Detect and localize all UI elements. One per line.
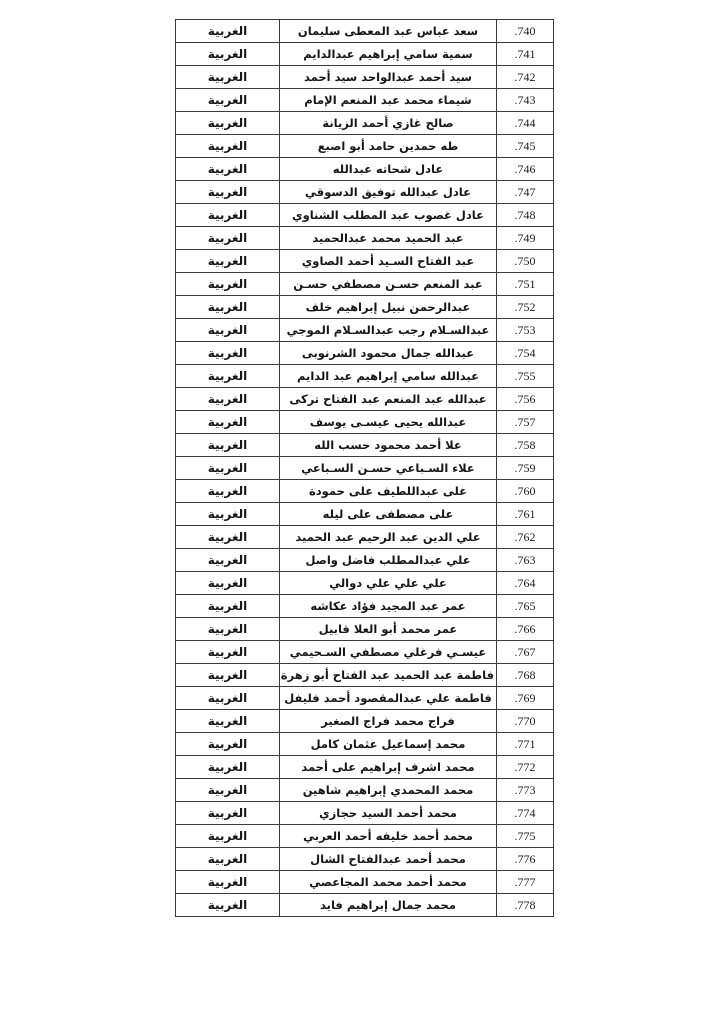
governorate-cell: الغربية <box>176 779 280 802</box>
person-name-cell: محمد إسماعيل عثمان كامل <box>280 733 497 756</box>
person-name-cell: علاء السـباعي حسـن السـباعي <box>280 457 497 480</box>
row-number-cell: 744. <box>497 112 554 135</box>
person-name-cell: محمد أحمد محمد المجاعصي <box>280 871 497 894</box>
person-name-cell: فاطمة عبد الحميد عبد الفتاح أبو زهرة <box>280 664 497 687</box>
person-name-cell: محمد أحمد السيد حجازي <box>280 802 497 825</box>
row-number-cell: 770. <box>497 710 554 733</box>
governorate-cell: الغربية <box>176 342 280 365</box>
governorate-cell: الغربية <box>176 43 280 66</box>
person-name-cell: عمر محمد أبو العلا قابيل <box>280 618 497 641</box>
table-row: 756.عبدالله عبد المنعم عبد الفتاح تركىال… <box>176 388 554 411</box>
governorate-cell: الغربية <box>176 595 280 618</box>
governorate-cell: الغربية <box>176 158 280 181</box>
person-name-cell: محمد أحمد خليفه أحمد العربي <box>280 825 497 848</box>
table-row: 747.عادل عبدالله توفيق الدسوقيالغربية <box>176 181 554 204</box>
person-name-cell: صالح غازي أحمد الزيانة <box>280 112 497 135</box>
row-number-cell: 768. <box>497 664 554 687</box>
governorate-cell: الغربية <box>176 181 280 204</box>
row-number-cell: 766. <box>497 618 554 641</box>
governorate-cell: الغربية <box>176 296 280 319</box>
person-name-cell: عبدالسـلام رجب عبدالسـلام الموجي <box>280 319 497 342</box>
row-number-cell: 763. <box>497 549 554 572</box>
table-row: 766.عمر محمد أبو العلا قابيلالغربية <box>176 618 554 641</box>
row-number-cell: 778. <box>497 894 554 917</box>
row-number-cell: 765. <box>497 595 554 618</box>
person-name-cell: عبد الحميد محمد عبدالحميد <box>280 227 497 250</box>
table-row: 761.على مصطفى على ليلهالغربية <box>176 503 554 526</box>
governorate-cell: الغربية <box>176 365 280 388</box>
row-number-cell: 776. <box>497 848 554 871</box>
person-name-cell: عادل عبدالله توفيق الدسوقي <box>280 181 497 204</box>
governorate-cell: الغربية <box>176 871 280 894</box>
person-name-cell: محمد اشرف إبراهيم على أحمد <box>280 756 497 779</box>
table-row: 744.صالح غازي أحمد الزيانةالغربية <box>176 112 554 135</box>
row-number-cell: 775. <box>497 825 554 848</box>
governorate-cell: الغربية <box>176 434 280 457</box>
governorate-cell: الغربية <box>176 825 280 848</box>
person-name-cell: علي عبدالمطلب فاضل واصل <box>280 549 497 572</box>
row-number-cell: 774. <box>497 802 554 825</box>
table-row: 753.عبدالسـلام رجب عبدالسـلام الموجيالغر… <box>176 319 554 342</box>
row-number-cell: 758. <box>497 434 554 457</box>
document-page: { "document": { "direction": "rtl", "reg… <box>0 0 720 1018</box>
governorate-cell: الغربية <box>176 388 280 411</box>
row-number-cell: 740. <box>497 20 554 43</box>
row-number-cell: 745. <box>497 135 554 158</box>
table-row: 740.سعد عباس عبد المعطى سليمانالغربية <box>176 20 554 43</box>
governorate-cell: الغربية <box>176 89 280 112</box>
table-row: 764.علي علي علي دواليالغربية <box>176 572 554 595</box>
table-row: 746.عادل شحاته عبداللهالغربية <box>176 158 554 181</box>
governorate-cell: الغربية <box>176 618 280 641</box>
table-row: 775.محمد أحمد خليفه أحمد العربيالغربية <box>176 825 554 848</box>
governorate-cell: الغربية <box>176 273 280 296</box>
person-name-cell: علي الدين عبد الرحيم عبد الحميد <box>280 526 497 549</box>
table-row: 767.عيسـي فرغلي مصطفي السـحيميالغربية <box>176 641 554 664</box>
governorate-cell: الغربية <box>176 204 280 227</box>
governorate-cell: الغربية <box>176 572 280 595</box>
row-number-cell: 771. <box>497 733 554 756</box>
person-name-cell: على مصطفى على ليله <box>280 503 497 526</box>
row-number-cell: 749. <box>497 227 554 250</box>
row-number-cell: 746. <box>497 158 554 181</box>
row-number-cell: 753. <box>497 319 554 342</box>
person-name-cell: طه حمدين حامد أبو اصبع <box>280 135 497 158</box>
row-number-cell: 752. <box>497 296 554 319</box>
table-row: 760.على عبداللطيف على حمودةالغربية <box>176 480 554 503</box>
table-row: 763.علي عبدالمطلب فاضل واصلالغربية <box>176 549 554 572</box>
table-row: 777.محمد أحمد محمد المجاعصيالغربية <box>176 871 554 894</box>
person-name-cell: عمر عبد المجيد فؤاد عكاشه <box>280 595 497 618</box>
person-name-cell: عبدالله سامي إبراهيم عبد الدايم <box>280 365 497 388</box>
governorate-cell: الغربية <box>176 549 280 572</box>
governorate-cell: الغربية <box>176 733 280 756</box>
row-number-cell: 756. <box>497 388 554 411</box>
row-number-cell: 742. <box>497 66 554 89</box>
table-row: 751.عبد المنعم حسـن مصطفي حسـنالغربية <box>176 273 554 296</box>
table-row: 778.محمد جمال إبراهيم فايدالغربية <box>176 894 554 917</box>
person-name-cell: عبد المنعم حسـن مصطفي حسـن <box>280 273 497 296</box>
person-name-cell: سمية سامي إبراهيم عبدالدايم <box>280 43 497 66</box>
table-row: 758.علا أحمد محمود حسب اللهالغربية <box>176 434 554 457</box>
row-number-cell: 767. <box>497 641 554 664</box>
person-name-cell: على عبداللطيف على حمودة <box>280 480 497 503</box>
table-row: 741.سمية سامي إبراهيم عبدالدايمالغربية <box>176 43 554 66</box>
governorate-cell: الغربية <box>176 710 280 733</box>
table-row: 771.محمد إسماعيل عثمان كاملالغربية <box>176 733 554 756</box>
row-number-cell: 759. <box>497 457 554 480</box>
governorate-cell: الغربية <box>176 112 280 135</box>
person-name-cell: عبد الفتاح السـيد أحمد الصاوي <box>280 250 497 273</box>
names-table-container: 740.سعد عباس عبد المعطى سليمانالغربية741… <box>175 19 554 917</box>
person-name-cell: فاطمة علي عبدالمقصود أحمد فليفل <box>280 687 497 710</box>
governorate-cell: الغربية <box>176 66 280 89</box>
governorate-cell: الغربية <box>176 687 280 710</box>
row-number-cell: 748. <box>497 204 554 227</box>
governorate-cell: الغربية <box>176 503 280 526</box>
row-number-cell: 769. <box>497 687 554 710</box>
person-name-cell: عبدالله يحيى عيسـى يوسف <box>280 411 497 434</box>
table-row: 755.عبدالله سامي إبراهيم عبد الدايمالغرب… <box>176 365 554 388</box>
person-name-cell: محمد أحمد عبدالفتاح الشال <box>280 848 497 871</box>
table-row: 774.محمد أحمد السيد حجازيالغربية <box>176 802 554 825</box>
row-number-cell: 760. <box>497 480 554 503</box>
row-number-cell: 764. <box>497 572 554 595</box>
row-number-cell: 750. <box>497 250 554 273</box>
governorate-cell: الغربية <box>176 894 280 917</box>
names-table-body: 740.سعد عباس عبد المعطى سليمانالغربية741… <box>176 20 554 917</box>
table-row: 752.عبدالرحمن نبيل إبراهيم خلفالغربية <box>176 296 554 319</box>
row-number-cell: 741. <box>497 43 554 66</box>
table-row: 769.فاطمة علي عبدالمقصود أحمد فليفلالغرب… <box>176 687 554 710</box>
table-row: 776.محمد أحمد عبدالفتاح الشالالغربية <box>176 848 554 871</box>
names-table: 740.سعد عباس عبد المعطى سليمانالغربية741… <box>175 19 554 917</box>
governorate-cell: الغربية <box>176 664 280 687</box>
governorate-cell: الغربية <box>176 802 280 825</box>
person-name-cell: علا أحمد محمود حسب الله <box>280 434 497 457</box>
table-row: 754.عبدالله جمال محمود الشرنوبىالغربية <box>176 342 554 365</box>
row-number-cell: 757. <box>497 411 554 434</box>
governorate-cell: الغربية <box>176 250 280 273</box>
governorate-cell: الغربية <box>176 411 280 434</box>
row-number-cell: 754. <box>497 342 554 365</box>
table-row: 762.علي الدين عبد الرحيم عبد الحميدالغرب… <box>176 526 554 549</box>
table-row: 759.علاء السـباعي حسـن السـباعيالغربية <box>176 457 554 480</box>
governorate-cell: الغربية <box>176 227 280 250</box>
row-number-cell: 747. <box>497 181 554 204</box>
person-name-cell: عبدالله جمال محمود الشرنوبى <box>280 342 497 365</box>
person-name-cell: سيد أحمد عبدالواحد سيد أحمد <box>280 66 497 89</box>
governorate-cell: الغربية <box>176 848 280 871</box>
governorate-cell: الغربية <box>176 526 280 549</box>
table-row: 743.شيماء محمد عبد المنعم الإمامالغربية <box>176 89 554 112</box>
row-number-cell: 755. <box>497 365 554 388</box>
person-name-cell: محمد جمال إبراهيم فايد <box>280 894 497 917</box>
table-row: 757.عبدالله يحيى عيسـى يوسفالغربية <box>176 411 554 434</box>
row-number-cell: 751. <box>497 273 554 296</box>
person-name-cell: عادل شحاته عبدالله <box>280 158 497 181</box>
governorate-cell: الغربية <box>176 641 280 664</box>
governorate-cell: الغربية <box>176 756 280 779</box>
person-name-cell: عادل غصوب عبد المطلب الشناوي <box>280 204 497 227</box>
person-name-cell: محمد المحمدي إبراهيم شاهين <box>280 779 497 802</box>
table-row: 742.سيد أحمد عبدالواحد سيد أحمدالغربية <box>176 66 554 89</box>
governorate-cell: الغربية <box>176 480 280 503</box>
row-number-cell: 762. <box>497 526 554 549</box>
governorate-cell: الغربية <box>176 20 280 43</box>
person-name-cell: عبدالله عبد المنعم عبد الفتاح تركى <box>280 388 497 411</box>
person-name-cell: فراج محمد فراج الصغير <box>280 710 497 733</box>
table-row: 772.محمد اشرف إبراهيم على أحمدالغربية <box>176 756 554 779</box>
table-row: 748.عادل غصوب عبد المطلب الشناويالغربية <box>176 204 554 227</box>
person-name-cell: عبدالرحمن نبيل إبراهيم خلف <box>280 296 497 319</box>
table-row: 768.فاطمة عبد الحميد عبد الفتاح أبو زهرة… <box>176 664 554 687</box>
table-row: 770.فراج محمد فراج الصغيرالغربية <box>176 710 554 733</box>
person-name-cell: شيماء محمد عبد المنعم الإمام <box>280 89 497 112</box>
governorate-cell: الغربية <box>176 135 280 158</box>
person-name-cell: علي علي علي دوالي <box>280 572 497 595</box>
row-number-cell: 743. <box>497 89 554 112</box>
table-row: 750.عبد الفتاح السـيد أحمد الصاويالغربية <box>176 250 554 273</box>
row-number-cell: 772. <box>497 756 554 779</box>
table-row: 745.طه حمدين حامد أبو اصبعالغربية <box>176 135 554 158</box>
row-number-cell: 761. <box>497 503 554 526</box>
governorate-cell: الغربية <box>176 457 280 480</box>
person-name-cell: سعد عباس عبد المعطى سليمان <box>280 20 497 43</box>
table-row: 773.محمد المحمدي إبراهيم شاهينالغربية <box>176 779 554 802</box>
table-row: 749.عبد الحميد محمد عبدالحميدالغربية <box>176 227 554 250</box>
table-row: 765.عمر عبد المجيد فؤاد عكاشهالغربية <box>176 595 554 618</box>
governorate-cell: الغربية <box>176 319 280 342</box>
row-number-cell: 773. <box>497 779 554 802</box>
person-name-cell: عيسـي فرغلي مصطفي السـحيمي <box>280 641 497 664</box>
row-number-cell: 777. <box>497 871 554 894</box>
